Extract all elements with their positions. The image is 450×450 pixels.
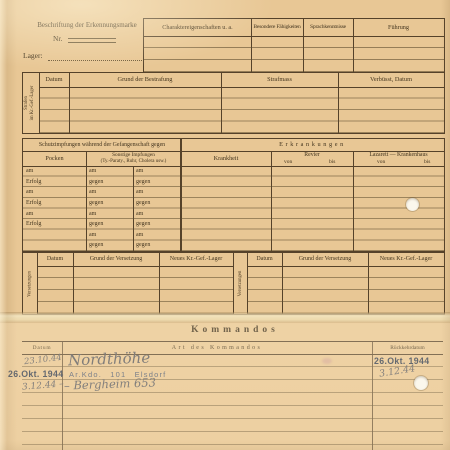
header-pocken: Pocken (23, 151, 86, 166)
entry-kommando-handwritten: Nordthöhe (68, 349, 151, 370)
card-edge-crease (0, 312, 450, 323)
header-rueckkehrdatum: Rückkehrdatum (372, 342, 443, 354)
nr-field-lines (68, 38, 116, 43)
impf-cell: gegen (136, 198, 179, 209)
header-grund-der-versetzung: Grund der Versetzung (282, 253, 368, 266)
nr-label: Nr. (53, 34, 62, 43)
header-sonstige-line2: (Ty.-Paraty., Ruhr, Cholera usw.) (86, 159, 181, 165)
header-neues-lager: Neues Kr.-Gef.-Lager (159, 253, 233, 266)
impf-cell: Erfolg (26, 219, 84, 230)
header-besondere-faehigkeiten: Besondere Fähigkeiten (251, 19, 303, 36)
kommandos-title: Kommandos (0, 325, 450, 335)
versetzungen-table-right: Versetzungen Datum Grund der Versetzung … (233, 252, 445, 315)
impf-cell: Erfolg (26, 198, 84, 209)
impf-cell: gegen (136, 219, 179, 230)
header-verbuesst-datum: Verbüsst, Datum (338, 73, 444, 87)
erkrankungen-table: Erkrankungen Krankheit Revier von bis La… (180, 138, 445, 252)
ink-smudge (322, 358, 332, 364)
row-lines (181, 166, 444, 251)
revier-von-label: von (284, 159, 292, 165)
impf-cell: am (136, 209, 179, 220)
versetzungen-side-label: Versetzungen (234, 253, 247, 314)
punch-hole (414, 376, 428, 390)
impf-cell: gegen (136, 177, 179, 188)
kommandos-table: Datum Art des Kommandos Rückkehrdatum 23… (22, 341, 443, 450)
header-datum: Datum (37, 253, 73, 266)
impfungen-title: Schutzimpfungen während der Gefangenscha… (23, 139, 181, 151)
erkennungsmarke-title: Beschriftung der Erkennungsmarke (24, 21, 150, 29)
impf-cell: gegen (89, 240, 131, 251)
side-label-line2: im Kr.-Gef.-Lager (30, 73, 36, 133)
impf-cell: am (89, 230, 131, 241)
impf-cell: am (26, 209, 84, 220)
header-grund-der-bestrafung: Grund der Bestrafung (69, 73, 221, 87)
header-lazarett: Lazarett — Krankenhaus (353, 152, 444, 158)
strafen-side-label: Strafen im Kr.-Gef.-Lager (24, 73, 38, 133)
header-neues-lager: Neues Kr.-Gef.-Lager (368, 253, 444, 266)
header-krankheit: Krankheit (181, 151, 271, 166)
lazarett-bis-label: bis (424, 159, 430, 165)
pow-record-card-scan: Beschriftung der Erkennungsmarke Nr. Lag… (0, 0, 450, 450)
entry-datum-stamp: 26.Okt. 1944 (8, 369, 63, 380)
empty-row-lines (247, 266, 444, 314)
impf-cell: am (26, 166, 84, 177)
empty-row-lines (144, 36, 444, 72)
empty-row-lines (37, 266, 233, 314)
header-sonstige-line1: Sonstige Impfungen (86, 153, 181, 159)
impf-cell: am (136, 166, 179, 177)
lager-label: Lager: (23, 51, 43, 60)
header-charaktereigenschaften: Charaktereigenschaften u. a. (144, 19, 251, 36)
impf-cell: am (89, 187, 131, 198)
lager-field (48, 52, 142, 61)
impf-cell: gegen (89, 198, 131, 209)
impfungen-table: Schutzimpfungen während der Gefangenscha… (22, 138, 182, 252)
punch-hole (406, 198, 419, 211)
header-datum: Datum (247, 253, 282, 266)
impf-cell: gegen (89, 219, 131, 230)
header-datum: Datum (39, 73, 69, 87)
erkrankungen-title: Erkrankungen (181, 139, 444, 151)
versetzungen-table-left: Versetzungen Datum Grund der Versetzung … (22, 252, 234, 315)
header-datum: Datum (22, 342, 62, 354)
empty-row-lines (39, 87, 444, 133)
impf-cell: Erfolg (26, 177, 84, 188)
lazarett-von-label: von (377, 159, 385, 165)
header-revier: Revier (271, 152, 353, 158)
header-sprachkenntnisse: Sprachkenntnisse (303, 19, 353, 36)
impf-cell: gegen (136, 240, 179, 251)
impf-cell: am (26, 187, 84, 198)
impf-cell: am (89, 209, 131, 220)
header-grund-der-versetzung: Grund der Versetzung (73, 253, 159, 266)
revier-bis-label: bis (329, 159, 335, 165)
impf-cell: gegen (89, 177, 131, 188)
header-strafmass: Strafmass (221, 73, 338, 87)
impf-cell: am (136, 187, 179, 198)
strafen-table: Strafen im Kr.-Gef.-Lager Datum Grund de… (22, 72, 445, 134)
versetzungen-side-label: Versetzungen (23, 253, 37, 314)
eigenschaften-table: Charaktereigenschaften u. a. Besondere F… (143, 18, 445, 73)
header-fuehrung: Führung (353, 19, 444, 36)
impf-cell: am (136, 230, 179, 241)
impf-cell: am (89, 166, 131, 177)
